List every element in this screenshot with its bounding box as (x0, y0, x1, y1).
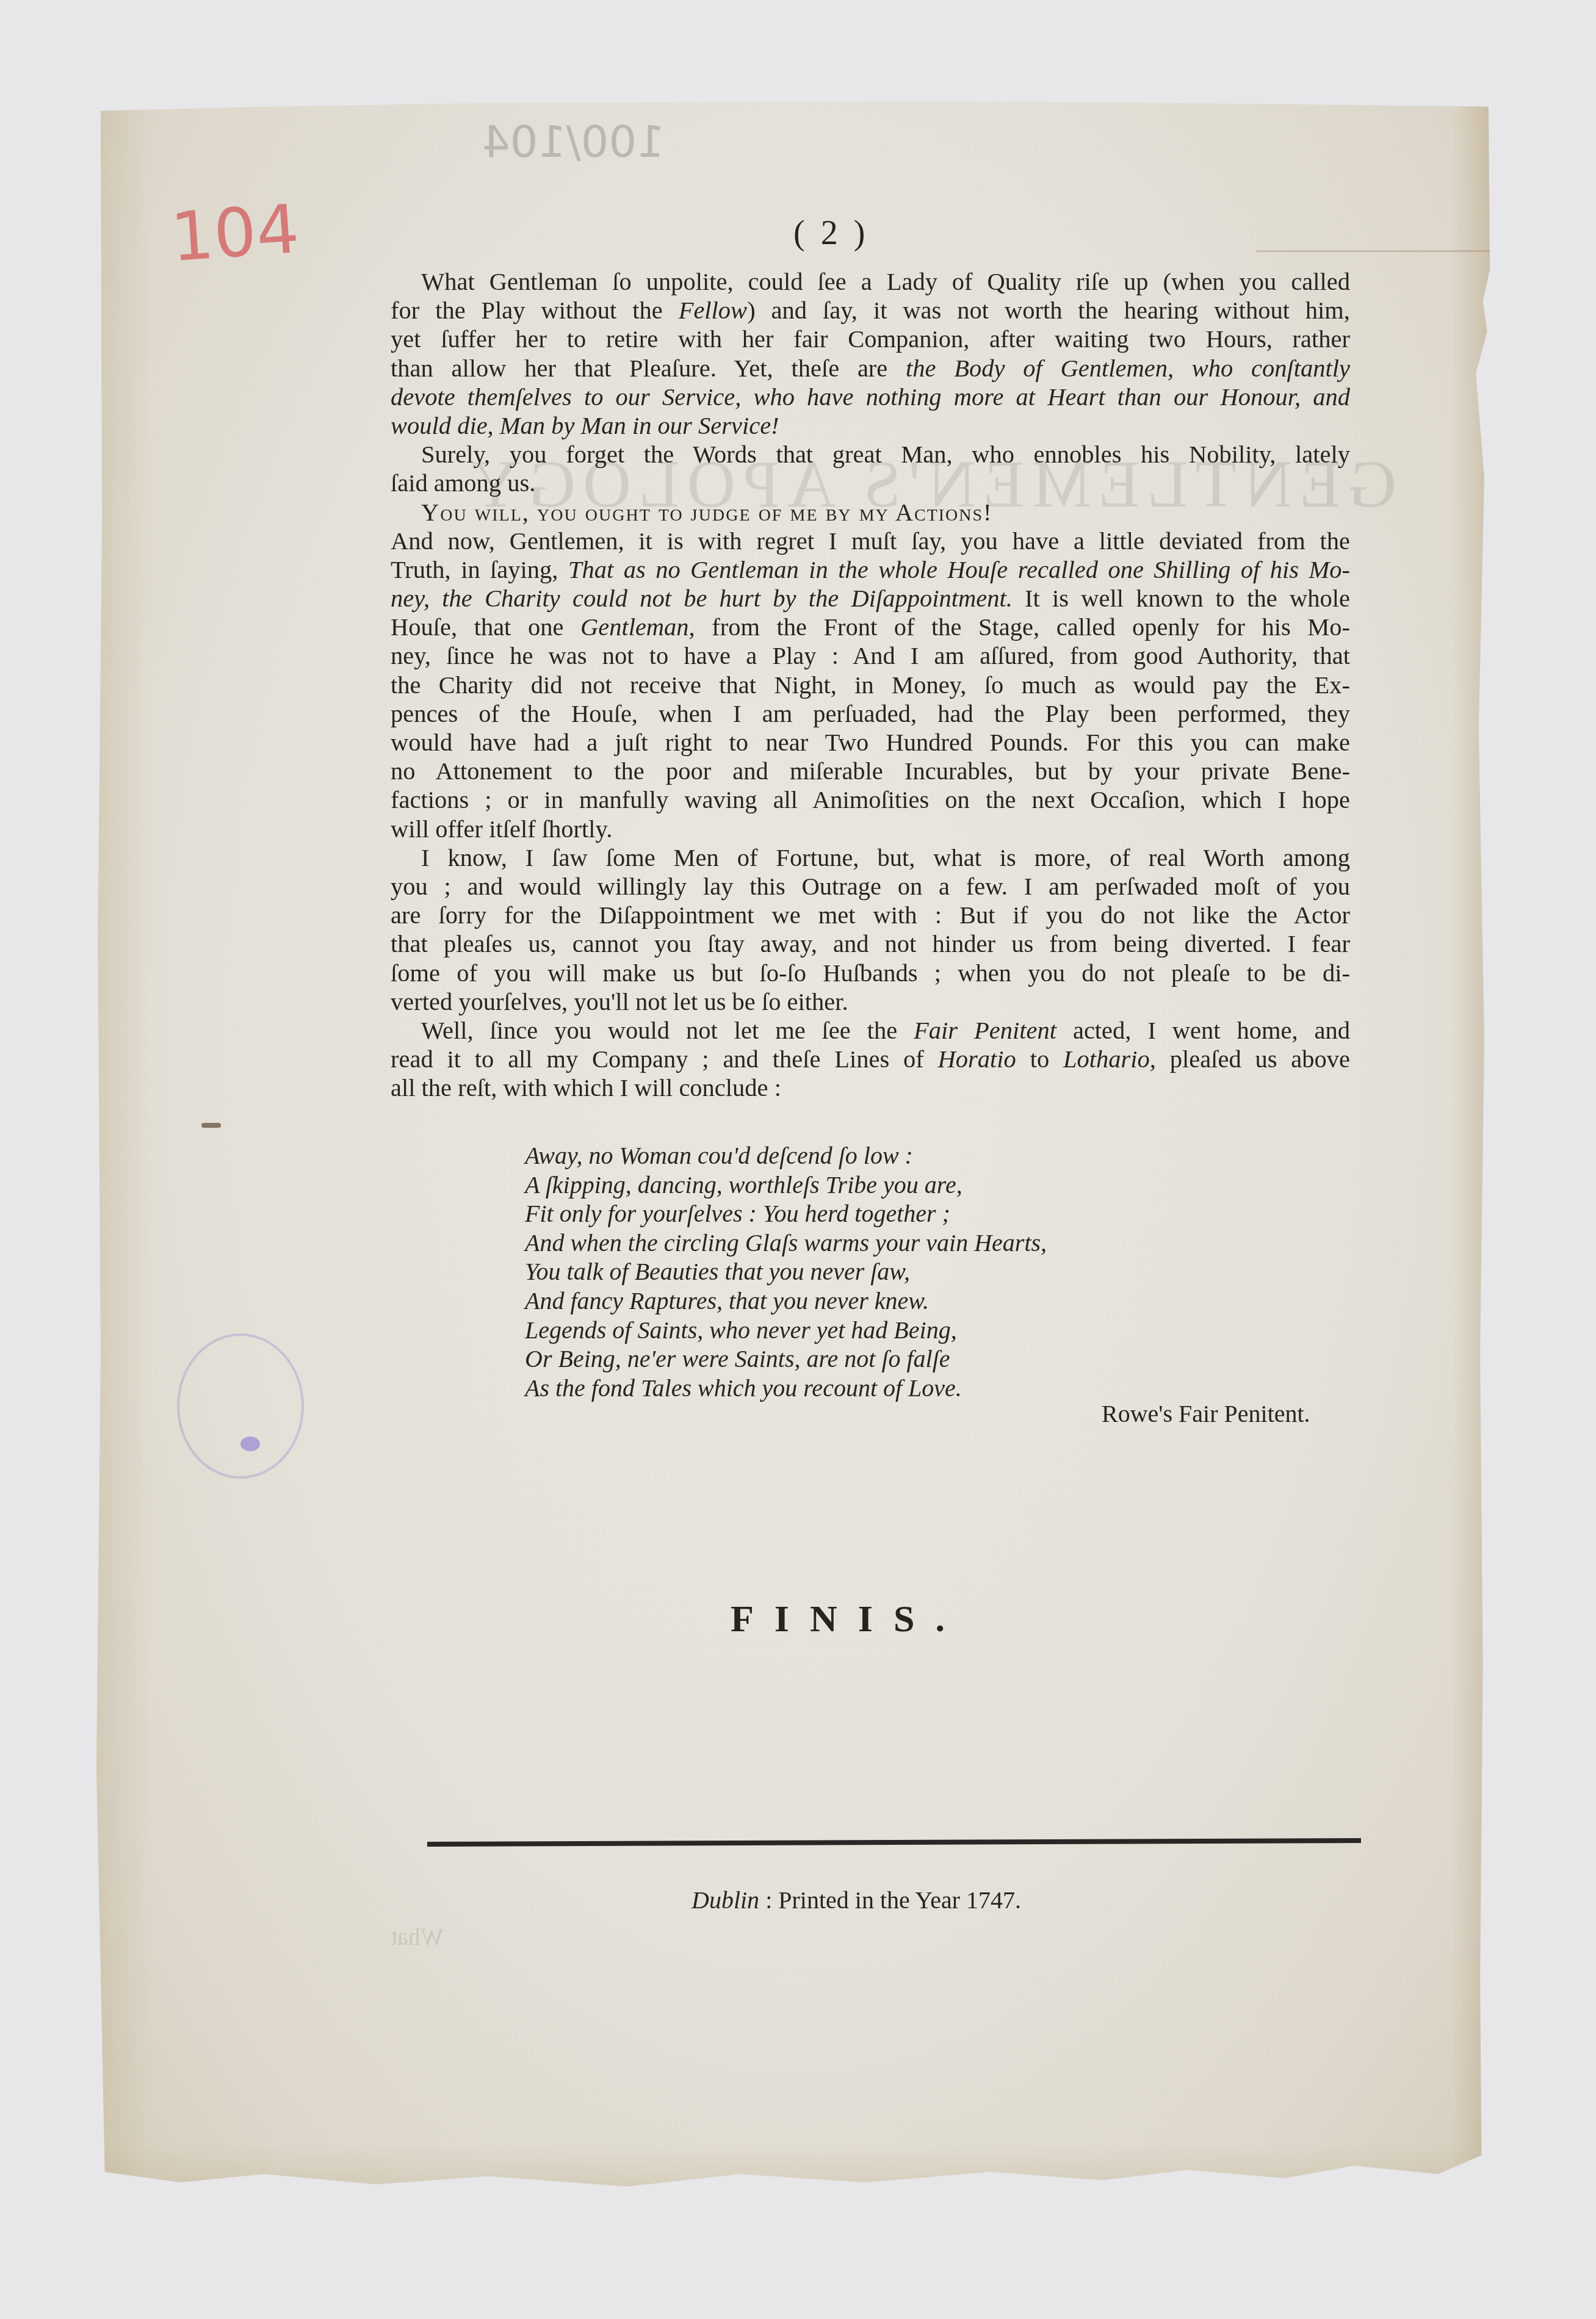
poem-line: You talk of Beauties that you never ſaw, (525, 1257, 1047, 1286)
text: acted, I went home, and (1056, 1017, 1350, 1044)
poem-line: Or Being, ne'er were Saints, are not ſo … (525, 1344, 1047, 1374)
text-line: would die, Man by Man in our Service! (391, 411, 1350, 440)
text: And now, Gentlemen, it is with regret I … (391, 527, 1350, 555)
text: ſaid among us. (391, 469, 535, 497)
text-line: ſome of you will make us but ſo-ſo Huſba… (391, 959, 1350, 987)
text-line: read it to all my Company ; and theſe Li… (391, 1045, 1350, 1073)
italic-text: Fair Penitent (914, 1017, 1056, 1044)
text-line: Truth, in ſaying, That as no Gentleman i… (391, 555, 1350, 584)
imprint-line: Dublin : Printed in the Year 1747. (691, 1886, 1021, 1914)
italic-text: Horatio (938, 1045, 1016, 1073)
text-line: the Charity did not receive that Night, … (391, 671, 1350, 699)
text: Well, ſince you would not let me ſee the (421, 1017, 914, 1044)
poem-line: Fit only for yourſelves : You herd toget… (525, 1199, 1047, 1228)
poem-quotation: Away, no Woman cou'd deſcend ſo low :A ſ… (525, 1141, 1047, 1402)
text-line: no Attonement to the poor and miſerable … (391, 757, 1350, 785)
poem-line: Legends of Saints, who never yet had Bei… (525, 1316, 1047, 1345)
paper-edge-stain-right (1451, 103, 1494, 2187)
italic-text: That as no Gentleman in the whole Houſe … (568, 556, 1350, 583)
text-line: Well, ſince you would not let me ſee the… (391, 1016, 1350, 1045)
finis-heading: FINIS. (731, 1598, 966, 1641)
text: the Charity did not receive that Night, … (391, 671, 1350, 699)
text: you ; and would willingly lay this Outra… (391, 873, 1350, 900)
text: You will, you ought to judge of me by my… (421, 499, 993, 526)
text: ney, ſince he was not to have a Play : A… (391, 642, 1350, 669)
paper-edge-stain-left (96, 103, 151, 2187)
text: to (1016, 1045, 1063, 1073)
page-number: ( 2 ) (793, 214, 868, 253)
poem-line: And when the circling Glaſs warms your v… (525, 1228, 1047, 1258)
text-line: you ; and would willingly lay this Outra… (391, 872, 1350, 901)
text: I know, I ſaw ſome Men of Fortune, but, … (421, 844, 1350, 871)
text: all the reſt, with which I will conclude… (391, 1074, 781, 1102)
text: ) and ſay, it was not worth the hearing … (747, 297, 1350, 324)
text: pleaſed us above (1156, 1045, 1350, 1073)
text-line: verted yourſelves, you'll not let us be … (391, 987, 1350, 1016)
text-line: factions ; or in manfully waving all Ani… (391, 785, 1350, 814)
pencil-annotation: 100/104 (482, 116, 665, 167)
text-line: What Gentleman ſo unpolite, could ſee a … (391, 267, 1350, 296)
fold-crease (1256, 250, 1494, 252)
text-line: I know, I ſaw ſome Men of Fortune, but, … (391, 843, 1350, 872)
text: from the Front of the Stage, called open… (695, 613, 1350, 641)
text: read it to all my Company ; and theſe Li… (391, 1045, 938, 1073)
text: factions ; or in manfully waving all Ani… (391, 786, 1350, 813)
text-line: Surely, you forget the Words that great … (391, 440, 1350, 469)
text: for the Play without the (391, 297, 679, 324)
poem-line: Away, no Woman cou'd deſcend ſo low : (525, 1141, 1047, 1170)
text: will offer itſelf ſhortly. (391, 815, 612, 843)
paper-edge-stain-bottom (96, 2144, 1494, 2187)
ink-blemish (201, 1123, 221, 1128)
text: pences of the Houſe, when I am perſuaded… (391, 700, 1350, 727)
show-through-catchword: What (391, 1922, 444, 1951)
text: that pleaſes us, cannot you ſtay away, a… (391, 930, 1350, 958)
text-line: than allow her that Pleaſure. Yet, theſe… (391, 354, 1350, 383)
text-line: would have had a juſt right to near Two … (391, 728, 1350, 757)
text-line: all the reſt, with which I will conclude… (391, 1073, 1350, 1102)
italic-text: Fellow (679, 297, 747, 324)
poem-line: And fancy Raptures, that you never knew. (525, 1286, 1047, 1316)
library-stamp-icon (177, 1333, 304, 1479)
italic-text: ney, the Charity could not be hurt by th… (391, 585, 1013, 612)
red-shelfmark-annotation: 104 (168, 190, 302, 276)
text-line: ney, the Charity could not be hurt by th… (391, 584, 1350, 613)
text-line: ney, ſince he was not to have a Play : A… (391, 641, 1350, 670)
poem-line: As the fond Tales which you recount of L… (525, 1374, 1047, 1403)
text: no Attonement to the poor and miſerable … (391, 757, 1350, 785)
text-line: devote themſelves to our Service, who ha… (391, 383, 1350, 411)
body-text: What Gentleman ſo unpolite, could ſee a … (391, 267, 1350, 1102)
italic-text: Gentleman, (580, 613, 695, 641)
text-line: yet ſuffer her to retire with her fair C… (391, 325, 1350, 353)
text: Houſe, that one (391, 613, 580, 641)
text: ſome of you will make us but ſo-ſo Huſba… (391, 959, 1350, 987)
text: yet ſuffer her to retire with her fair C… (391, 325, 1350, 353)
text: would have had a juſt right to near Two … (391, 729, 1350, 756)
text: What Gentleman ſo unpolite, could ſee a … (421, 268, 1350, 295)
text: Surely, you forget the Words that great … (421, 441, 1350, 468)
text-line: And now, Gentlemen, it is with regret I … (391, 527, 1350, 555)
text: than allow her that Pleaſure. Yet, theſe… (391, 355, 906, 382)
text-line: ſaid among us. (391, 469, 1350, 497)
text: Truth, in ſaying, (391, 556, 568, 583)
text: It is well known to the whole (1013, 585, 1350, 612)
italic-text: the Body of Gentlemen, who conſtantly (906, 355, 1350, 382)
text-line: pences of the Houſe, when I am perſuaded… (391, 699, 1350, 728)
text-line: You will, you ought to judge of me by my… (391, 498, 1350, 527)
text: are ſorry for the Diſappointment we met … (391, 901, 1350, 929)
text-line: are ſorry for the Diſappointment we met … (391, 901, 1350, 929)
imprint-place: Dublin (691, 1886, 759, 1914)
text-line: Houſe, that one Gentleman, from the Fron… (391, 613, 1350, 641)
text: verted yourſelves, you'll not let us be … (391, 988, 848, 1015)
italic-text: Lothario, (1063, 1045, 1156, 1073)
poem-line: A ſkipping, dancing, worthleſs Tribe you… (525, 1170, 1047, 1200)
imprint-text: : Printed in the Year 1747. (759, 1886, 1021, 1914)
italic-text: would die, Man by Man in our Service! (391, 412, 779, 439)
italic-text: devote themſelves to our Service, who ha… (391, 383, 1350, 411)
text-line: that pleaſes us, cannot you ſtay away, a… (391, 929, 1350, 958)
poem-attribution: Rowe's Fair Penitent. (1102, 1399, 1310, 1428)
text-line: for the Play without the Fellow) and ſay… (391, 296, 1350, 325)
text-line: will offer itſelf ſhortly. (391, 815, 1350, 843)
